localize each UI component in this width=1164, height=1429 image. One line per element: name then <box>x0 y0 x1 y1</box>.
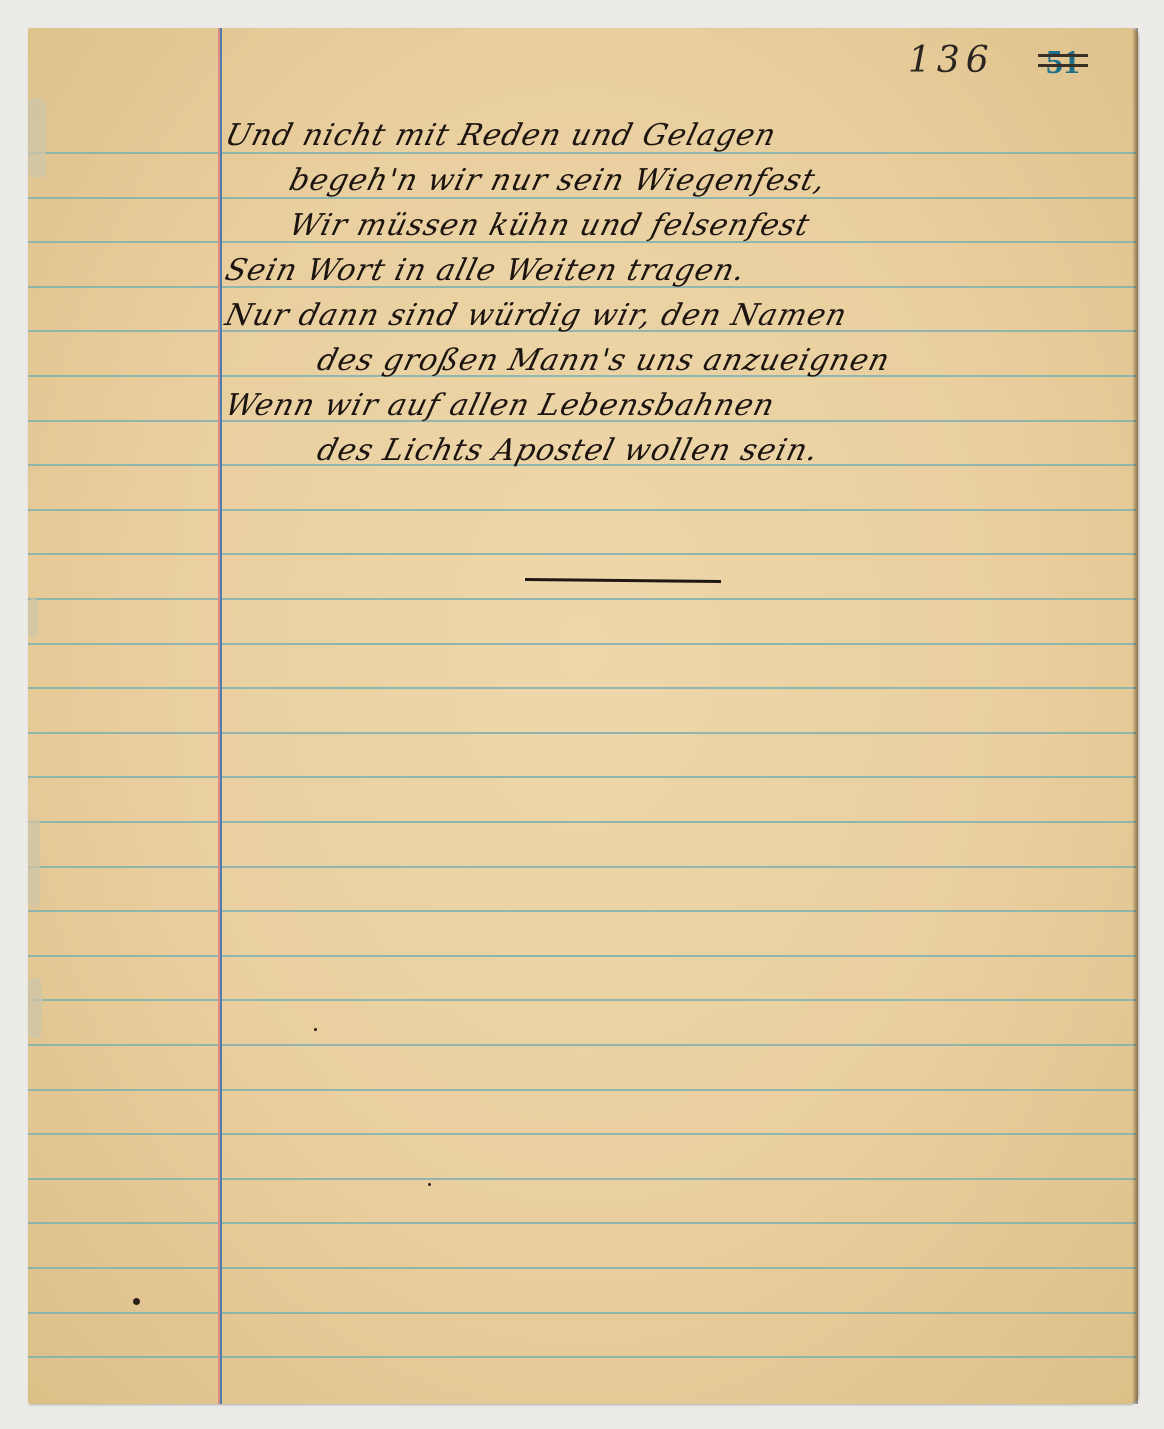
torn-edge-damage <box>28 598 38 638</box>
ruled-line <box>28 553 1136 555</box>
ruled-line <box>28 866 1136 868</box>
text-line-2: begeh'n wir nur sein Wiegenfest, <box>286 163 830 198</box>
notebook-page: 136 51 Und nicht mit Reden und Gelagen b… <box>28 28 1138 1404</box>
text-line-4: Sein Wort in alle Weiten tragen. <box>222 253 750 288</box>
ruled-line <box>28 910 1136 912</box>
ruled-line <box>28 1267 1136 1269</box>
ruled-line <box>28 1222 1136 1224</box>
page-number: 136 <box>908 40 995 81</box>
text-line-1: Und nicht mit Reden und Gelagen <box>222 118 780 153</box>
ruled-line <box>28 999 1136 1001</box>
text-line-5: Nur dann sind würdig wir, den Namen <box>222 298 851 333</box>
ruled-line <box>28 955 1136 957</box>
struck-page-number: 51 <box>1046 44 1080 82</box>
text-line-3: Wir müssen kühn und felsenfest <box>286 208 814 243</box>
text-line-8: des Lichts Apostel wollen sein. <box>314 433 823 468</box>
struck-page-number-text: 51 <box>1046 44 1080 81</box>
ruled-line <box>28 687 1136 689</box>
ruled-line <box>28 1044 1136 1046</box>
ruled-line <box>28 643 1136 645</box>
ruled-line <box>28 1312 1136 1314</box>
ruled-line <box>28 598 1136 600</box>
torn-edge-damage <box>28 98 46 178</box>
torn-edge-damage <box>28 978 42 1038</box>
margin-line-blue <box>220 28 222 1404</box>
ruled-line <box>28 1356 1136 1358</box>
torn-edge-damage <box>28 818 40 908</box>
ink-spot <box>314 1028 317 1031</box>
ruled-line <box>28 509 1136 511</box>
ruled-line <box>28 821 1136 823</box>
ruled-line <box>28 1133 1136 1135</box>
ink-spot <box>133 1298 140 1305</box>
ruled-line <box>28 1178 1136 1180</box>
ruled-line <box>28 732 1136 734</box>
text-line-6: des großen Mann's uns anzueignen <box>314 343 894 378</box>
text-line-7: Wenn wir auf allen Lebensbahnen <box>222 388 779 423</box>
ruled-line <box>28 776 1136 778</box>
closing-rule <box>525 578 721 583</box>
strikethrough <box>1038 64 1088 67</box>
strikethrough <box>1038 54 1088 57</box>
ruled-line <box>28 1089 1136 1091</box>
ink-spot <box>428 1183 431 1186</box>
